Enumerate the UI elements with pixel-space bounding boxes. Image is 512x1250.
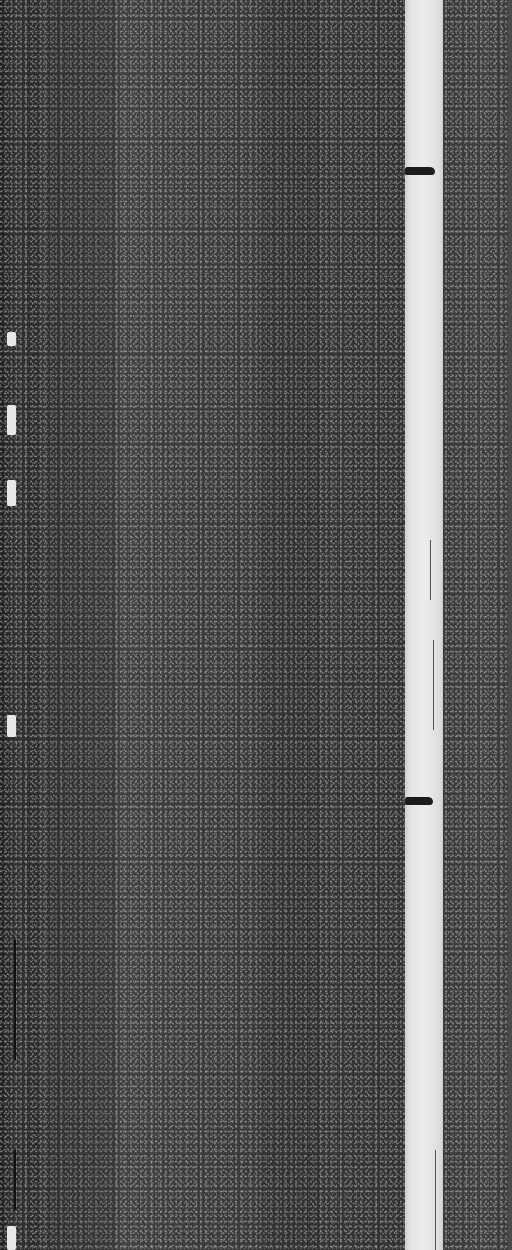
edge-crack — [14, 940, 16, 1060]
lane-wear — [430, 540, 431, 600]
lane-wear — [433, 640, 434, 730]
tire-track-right — [260, 0, 320, 1250]
tire-track-left — [46, 0, 116, 1250]
right-edge — [508, 0, 512, 1250]
lane-line — [405, 0, 443, 1250]
lane-crack — [405, 167, 435, 175]
road-surface — [0, 0, 512, 1250]
edge-marking — [7, 715, 16, 737]
lane-crack — [405, 797, 433, 805]
edge-marking — [7, 332, 16, 346]
edge-crack — [14, 1150, 16, 1210]
edge-marking — [7, 405, 16, 435]
edge-marking — [7, 480, 16, 506]
lane-wear — [435, 1150, 436, 1250]
edge-marking — [7, 1226, 16, 1250]
